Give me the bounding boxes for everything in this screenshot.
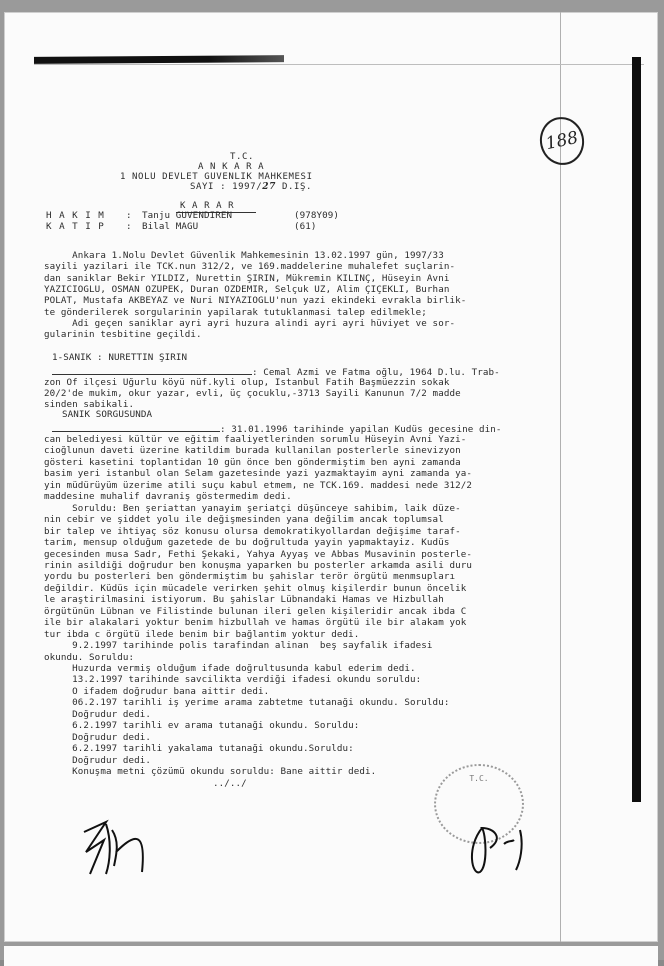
statement-line: tur ibda c örgütü iledе benim bir bağlan…	[44, 629, 359, 640]
statement-line: O ifadem doğrudur bana aittir dedi.	[44, 686, 269, 697]
statement-line: 13.2.1997 tarihinde savcilikta verdiği i…	[44, 674, 421, 685]
statement-line: ../../	[44, 778, 247, 789]
name-blank	[52, 366, 252, 375]
statement-line: yin müdürüyüm üzerime atili suçu kabul e…	[44, 480, 472, 491]
official-role: K A T I P	[46, 221, 126, 232]
right-signature	[464, 818, 534, 878]
case-number-suffix: D.IŞ.	[276, 182, 312, 192]
statement-line: rinin asildiği doğrudur ben konuşma yapa…	[44, 560, 472, 571]
statement-line: bir talep ve ihtiyaç söz konusu olursa d…	[44, 526, 461, 537]
statement-line: le araştirilmasini istiyorum. Bu şahisla…	[44, 594, 444, 605]
statement-line: Huzurda vermiş olduğum ifade doğrultusun…	[44, 663, 416, 674]
intro-line: sayili yazilari ile TCK.nun 312/2, ve 16…	[44, 261, 455, 272]
statement-line: değildir. Küdüs için mücadele verirken ş…	[44, 583, 466, 594]
statement-line: maddesine muhalif davraniş göstermedim d…	[44, 491, 292, 502]
intro-line: gularinin tesbitine geçildi.	[44, 329, 202, 340]
statement-line: Doğrudur dedi.	[44, 755, 151, 766]
document-page: T.C. A N K A R A 1 NOLU DEVLET GUVENLIK …	[4, 12, 658, 942]
intro-line: POLAT, Mustafa AKBEYAZ ve Nuri NIYAZIOGL…	[44, 295, 466, 306]
defendant-heading: 1-SANIK : NURETTIN ŞIRIN	[52, 352, 187, 363]
statement-line: basim yeri istanbul olan Selam gazetesin…	[44, 468, 472, 479]
next-page-preview	[4, 946, 658, 960]
statement-line: gösteri kasetini toplantidan 10 gün önce…	[44, 457, 461, 468]
intro-line: dan saniklar Bekir YILDIZ, Nurettin ŞIRI…	[44, 273, 449, 284]
intro-line: te gönderilerek sorgularinin yapilarak t…	[44, 307, 427, 318]
statement-line: Doğrudur dedi.	[44, 732, 151, 743]
official-name: Bilal MAGU	[142, 221, 294, 232]
left-signature	[76, 812, 176, 882]
statement-line: can belediyesi kültür ve eğitim faaliyet…	[44, 434, 466, 445]
statement-line: örgütünün Lübnan ve Filistinde bulunan i…	[44, 606, 466, 617]
official-name: Tanju GUVENDIREN	[142, 210, 294, 221]
statement-line: 06.2.197 tarihli iş yerime arama zabtetm…	[44, 697, 449, 708]
case-number-handwritten: 27	[262, 182, 276, 192]
statement-line: 9.2.1997 tarihinde polis tarafindan alin…	[44, 640, 433, 651]
statement-line: tarim, mensup olduğum gazetede de bu doğ…	[44, 537, 449, 548]
official-role: H A K I M	[46, 210, 126, 221]
intro-line: Adi geçen saniklar ayri ayri huzura alin…	[44, 318, 455, 329]
statement-line: 6.2.1997 tarihli ev arama tutanaği okund…	[44, 720, 359, 731]
statement-line: cioğlunun daveti üzerine katildim burada…	[44, 445, 461, 456]
statement-line: Soruldu: Ben şeriattan yanayim şeriatçi …	[44, 503, 461, 514]
statement-blank	[52, 423, 220, 432]
statement-line: 6.2.1997 tarihli yakalama tutanaği okund…	[44, 743, 354, 754]
identity-line: 20/2'de mukim, okur yazar, evli, üç çocu…	[44, 388, 461, 399]
document-content: T.C. A N K A R A 1 NOLU DEVLET GUVENLIK …	[4, 12, 658, 942]
interrogation-heading: SANIK SORGUSUNDA	[62, 409, 152, 420]
official-sep: :	[126, 210, 142, 221]
intro-line: YAZICIOGLU, OSMAN OZUPEK, Duran OZDEMIR,…	[44, 284, 449, 295]
official-clerk: K A T I P:Bilal MAGU(61)	[46, 221, 317, 232]
page-number-stamp: 188	[535, 113, 588, 169]
statement-line: nin cebir ve şiddet yolu ile değişmesind…	[44, 514, 444, 525]
case-number-prefix: SAYI : 1997/	[190, 182, 262, 192]
case-number: SAYI : 1997/27 D.IŞ.	[190, 182, 312, 193]
intro-line: Ankara 1.Nolu Devlet Güvenlik Mahkemesin…	[44, 250, 444, 261]
official-code: (61)	[294, 221, 317, 232]
statement-line: yordu bu posterleri ben göndermiştim bu …	[44, 571, 455, 582]
official-judge: H A K I M:Tanju GUVENDIREN(978Y09)	[46, 210, 339, 221]
official-sep: :	[126, 221, 142, 232]
statement-line: okundu. Soruldu:	[44, 652, 134, 663]
identity-line: zon Of ilçesi Uğurlu köyü nüf.kyli olup,…	[44, 377, 449, 388]
statement-line: gecesinden musa Sadr, Fethi Şekaki, Yahy…	[44, 549, 472, 560]
statement-line: Doğrudur dedi.	[44, 709, 151, 720]
statement-line: ile bir alakalari yoktur benim hizbullah…	[44, 617, 466, 628]
seal-text: T.C.	[469, 774, 488, 783]
statement-line: Konuşma metni çözümü okundu soruldu: Ban…	[44, 766, 376, 777]
document-viewer: T.C. A N K A R A 1 NOLU DEVLET GUVENLIK …	[0, 0, 664, 960]
official-code: (978Y09)	[294, 210, 339, 221]
